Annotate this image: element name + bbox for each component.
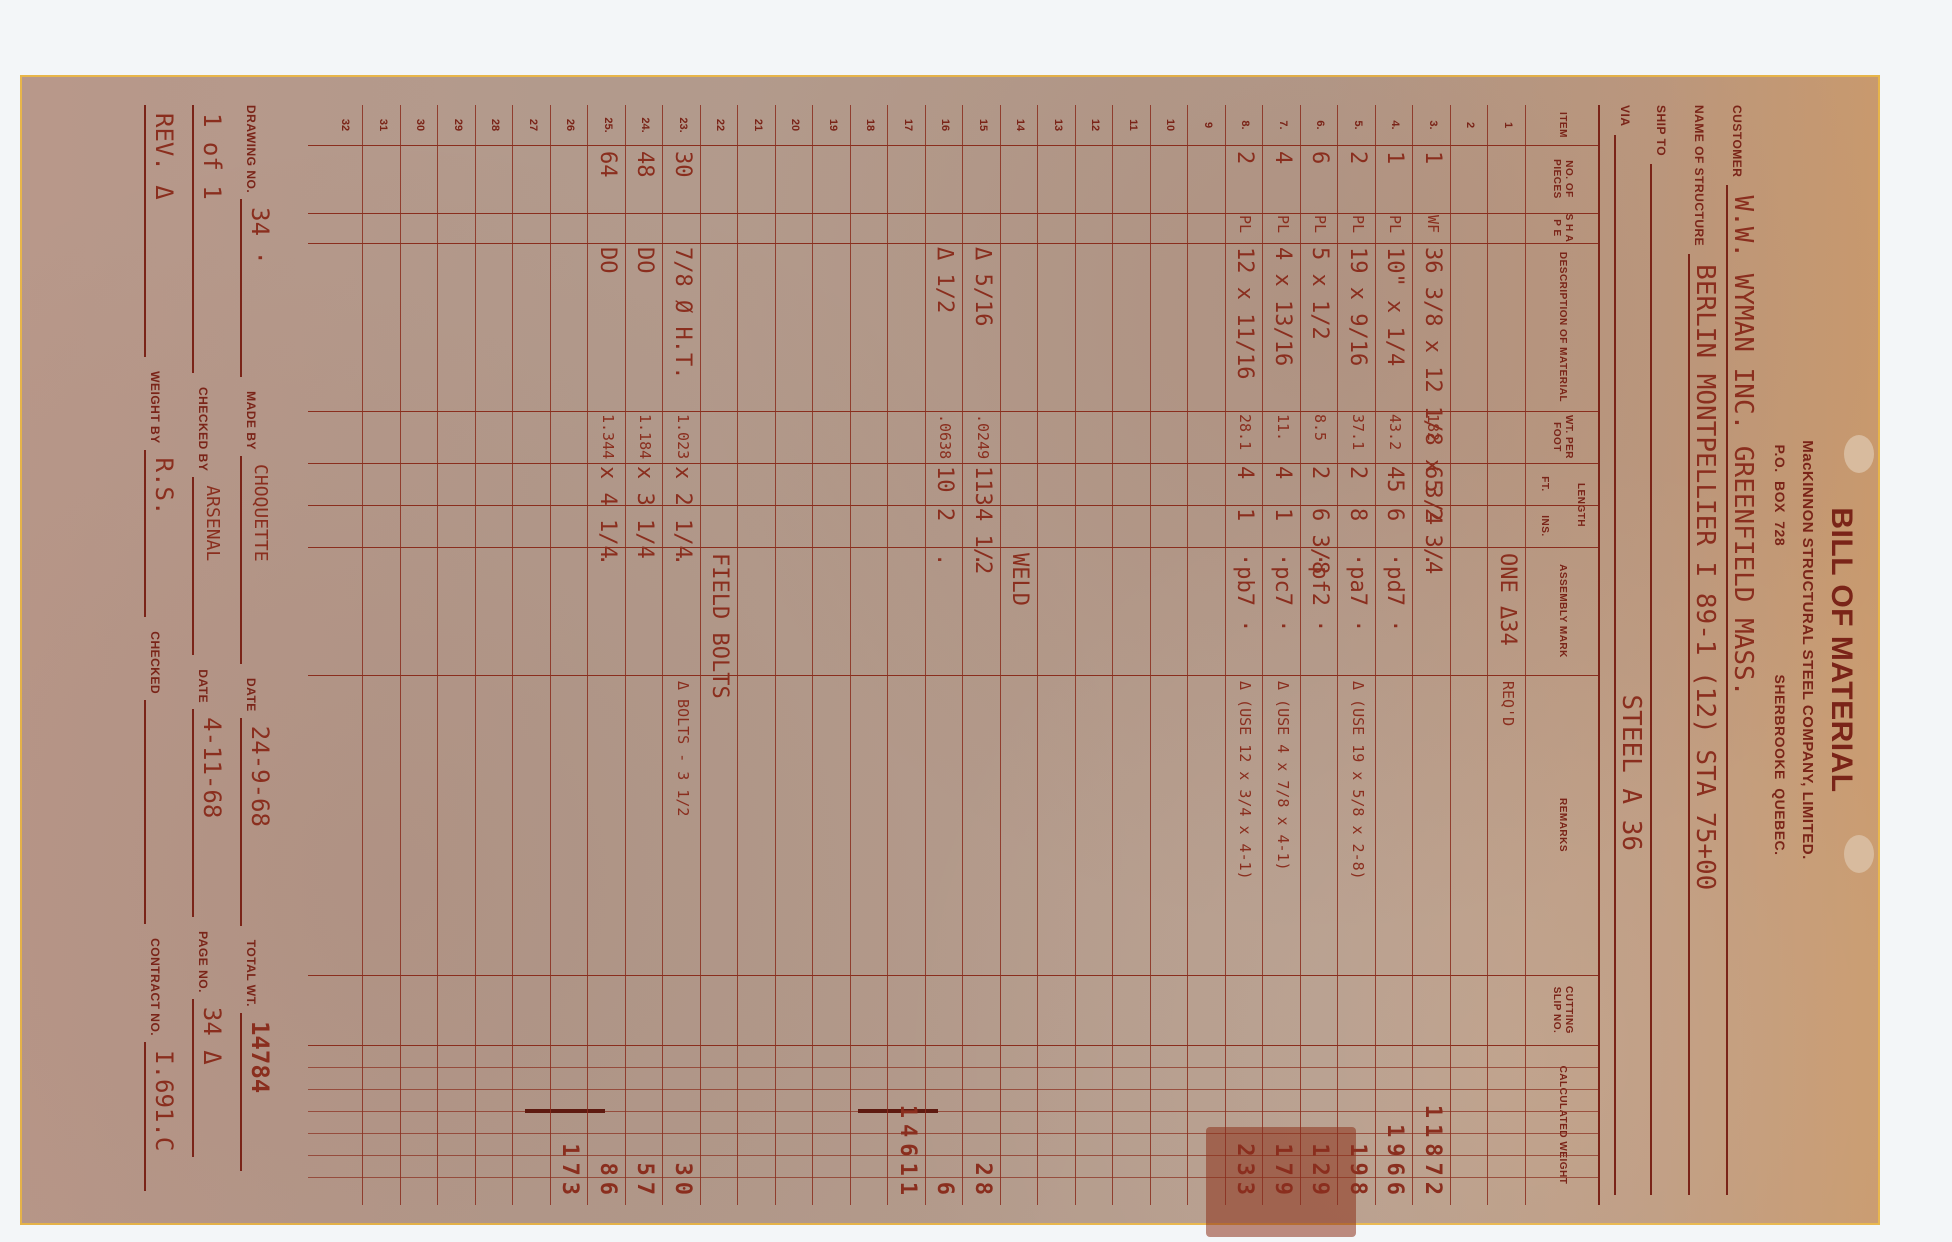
drawing-no-label: DRAWING NO. [240,105,258,193]
cell-shape [1489,215,1526,243]
cell-shape [327,215,364,243]
via-row: VIA STEEL A 36 [1614,105,1648,1195]
cell-shape [1152,215,1189,243]
cell-ins [777,508,814,548]
cell-ft: x 4 1/4 [589,466,626,506]
cell-mark [402,553,439,673]
cell-ins [889,508,926,548]
cell-ft [1152,466,1189,506]
cell-mark [514,553,551,673]
weight-by-field[interactable]: R.S. [144,450,182,618]
cell-wt [477,414,514,464]
cell-ft [739,466,776,506]
cell-shape [364,215,401,243]
cell-pieces: 2 [1339,151,1376,211]
table-row: 30 [402,105,439,1205]
checked-field[interactable] [144,700,182,924]
company-name: MacKINNON STRUCTURAL STEEL COMPANY, LIMI… [1799,75,1816,1225]
via-field[interactable]: STEEL A 36 [1614,135,1646,1195]
cell-wt [327,414,364,464]
structure-row: NAME OF STRUCTURE BERLIN MONTPELLIER I 8… [1688,105,1722,1195]
cell-pieces [552,151,589,211]
cell-weight [702,1051,739,1207]
table-row: 26173 [552,105,589,1205]
item-number: 5. [1339,105,1376,145]
cell-remarks: Δ (USE 19 x 5/8 x 2-8) [1339,681,1376,971]
table-row: 19 [814,105,851,1205]
cell-pieces [1189,151,1226,211]
cell-ft [477,466,514,506]
cell-mark [364,553,401,673]
cell-pieces [477,151,514,211]
cell-remarks [477,681,514,971]
col-header-wt-per-foot: WT. PER FOOT [1526,411,1598,464]
cell-ins [439,508,476,548]
table-row: 18 [852,105,889,1205]
cell-mark [439,553,476,673]
cell-remarks [852,681,889,971]
cell-pieces: 4 [1264,151,1301,211]
cell-wt [552,414,589,464]
cell-pieces [439,151,476,211]
cell-description: DO [589,247,626,411]
cell-ins [402,508,439,548]
cell-shape [702,215,739,243]
cell-description: 10" x 1/4 [1377,247,1414,411]
cell-pieces [327,151,364,211]
contract-no-field[interactable]: I.691.C [144,1042,182,1191]
cell-description [739,247,776,411]
cell-description: 19 x 9/16 [1339,247,1376,411]
cell-shape: PL [1264,215,1301,243]
cell-wt [852,414,889,464]
table-row: 21 [739,105,776,1205]
table-row: 12 [1077,105,1114,1205]
table-row: 24.48DO1.184x 3 1/457 [627,105,664,1205]
structure-field[interactable]: BERLIN MONTPELLIER I 89-1 (12) STA 75+00 [1688,254,1720,1195]
cell-description [777,247,814,411]
drawing-no-field[interactable]: 34 · [240,199,278,377]
table-row: 22FIELD BOLTS [702,105,739,1205]
cell-shape: PL [1227,215,1264,243]
cell-remarks [1189,681,1226,971]
item-number: 22 [702,105,739,145]
item-number: 20 [777,105,814,145]
item-number: 11 [1114,105,1151,145]
cell-pieces [1002,151,1039,211]
cell-shape: PL [1339,215,1376,243]
cell-mark [739,553,776,673]
item-number: 1 [1489,105,1526,145]
cell-shape [852,215,889,243]
footer-row-3: REV. Δ WEIGHT BY R.S. CHECKED CONTRACT N… [144,105,184,1205]
table-row: 1714611 [889,105,926,1205]
col-header-cutting-slip: CUTTING SLIP NO. [1526,975,1598,1046]
cell-weight [1077,1051,1114,1207]
cell-weight [1114,1051,1151,1207]
cell-remarks [514,681,551,971]
cell-mark [477,553,514,673]
cell-wt [439,414,476,464]
footer-row-1: DRAWING NO. 34 · MADE BY CHOQUETTE DATE … [240,105,280,1205]
cell-ins [1189,508,1226,548]
cell-description: 7/8 Ø H.T. [664,247,701,411]
cell-ft: 45 [1377,466,1414,506]
checked-label: CHECKED [144,631,162,694]
cell-remarks [1114,681,1151,971]
cell-ft [439,466,476,506]
cell-mark: ONE Δ34 [1489,553,1526,673]
cell-shape [739,215,776,243]
cell-description [1002,247,1039,411]
city: SHERBROOKE QUEBEC. [1772,675,1788,856]
cell-pieces [814,151,851,211]
cell-ins: 1 [1227,508,1264,548]
table-row: 27 [514,105,551,1205]
cell-mark: FIELD BOLTS [702,553,739,673]
cell-ins: 8 [1339,508,1376,548]
cell-ins [814,508,851,548]
cell-remarks [964,681,1001,971]
cell-ft: 4 [1227,466,1264,506]
cell-ins [1039,508,1076,548]
cell-ft [889,466,926,506]
cell-pieces: 1 [1377,151,1414,211]
table-row: 13 [1039,105,1076,1205]
cell-mark: . [664,553,701,673]
cell-remarks [814,681,851,971]
col-header-item: ITEM [1526,105,1598,146]
cell-ft: 113 [964,466,1001,506]
page-no-label: PAGE NO. [192,931,210,993]
date2-field[interactable]: 4-11-68 [192,709,230,917]
made-by-label: MADE BY [240,391,258,450]
cell-weight [1452,1051,1489,1207]
cell-mark: ·pd7 · [1377,553,1414,673]
cell-wt: 1.184 [627,414,664,464]
cell-ins [664,508,701,548]
cell-shape [814,215,851,243]
cell-remarks [327,681,364,971]
cell-shape [964,215,1001,243]
cell-wt: 11. [1264,414,1301,464]
cell-ft [1189,466,1226,506]
cell-pieces [1114,151,1151,211]
cell-mark [1039,553,1076,673]
cell-weight: 179 [1264,1051,1301,1207]
cell-ins: 1 [1264,508,1301,548]
table-row: 32 [327,105,364,1205]
cell-mark [777,553,814,673]
cell-description: 4 x 13/16 [1264,247,1301,411]
table-row: 1ONE Δ34REQ'D [1489,105,1526,1205]
cell-weight [1039,1051,1076,1207]
document-title: BILL OF MATERIAL [1824,75,1858,1225]
cell-remarks: Δ (USE 4 x 7/8 x 4-1) [1264,681,1301,971]
item-number: 9 [1189,105,1226,145]
table-row: 3.1WF36 3/8 x 12 1/8 x 3/4182652 3/4.118… [1414,105,1451,1205]
col-header-shape: S H A P E [1526,213,1598,244]
cell-shape [402,215,439,243]
sheet-count-field[interactable]: 1 of 1 [192,105,230,373]
cell-pieces: 6 [1302,151,1339,211]
cell-mark [627,553,664,673]
col-header-description: DESCRIPTION OF MATERIAL [1526,243,1598,412]
made-by-field[interactable]: CHOQUETTE [240,456,278,664]
checked-by-field[interactable]: ARSENAL [192,477,230,655]
cell-description [1039,247,1076,411]
cell-weight: 129 [1302,1051,1339,1207]
item-number: 3. [1414,105,1451,145]
cell-ft: 4 [1264,466,1301,506]
cell-ft: x 3 1/4 [627,466,664,506]
cell-mark [1152,553,1189,673]
cell-ft: 10 [927,466,964,506]
cell-mark: WELD [1002,553,1039,673]
cell-shape [1002,215,1039,243]
cell-ins [702,508,739,548]
cell-wt [1152,414,1189,464]
item-number: 12 [1077,105,1114,145]
cell-wt [702,414,739,464]
table-row: 2 [1452,105,1489,1205]
item-number: 32 [327,105,364,145]
cell-weight: 198 [1339,1051,1376,1207]
table-row: 5.2PL19 x 9/1637.128·pa7 ·Δ (USE 19 x 5/… [1339,105,1376,1205]
cell-wt [1002,414,1039,464]
table-row: 20 [777,105,814,1205]
cell-ins [627,508,664,548]
cell-description [814,247,851,411]
cell-remarks [552,681,589,971]
footer: DRAWING NO. 34 · MADE BY CHOQUETTE DATE … [40,105,280,1205]
cell-description: DO [627,247,664,411]
cell-ft [1039,466,1076,506]
customer-row: CUSTOMER W.W. WYMAN INC. GREENFIELD MASS… [1726,105,1760,1195]
cell-remarks: Δ (USE 12 x 3/4 x 4-1) [1227,681,1264,971]
cell-wt: .0638 [927,414,964,464]
cell-ins: 2 [927,508,964,548]
cell-mark: . [964,553,1001,673]
cell-ft [1002,466,1039,506]
table-row: 29 [439,105,476,1205]
contract-no-label: CONTRACT NO. [144,938,162,1036]
cell-pieces [852,151,889,211]
checked-by-label: CHECKED BY [192,387,210,471]
cell-wt [1114,414,1151,464]
cell-shape [889,215,926,243]
cell-wt [1189,414,1226,464]
cell-remarks: REQ'D [1489,681,1526,971]
cell-ins [589,508,626,548]
cell-ft [852,466,889,506]
date1-field[interactable]: 24-9-68 [240,718,278,926]
cell-remarks [364,681,401,971]
cell-mark [852,553,889,673]
table-row: 9 [1189,105,1226,1205]
total-wt-label: TOTAL WT. [240,940,258,1007]
cell-ins: 6 3/8 [1302,508,1339,548]
cell-mark: ·pb7 · [1227,553,1264,673]
cell-ft [552,466,589,506]
cell-description [402,247,439,411]
cell-description [439,247,476,411]
cell-pieces [702,151,739,211]
customer-label: CUSTOMER [1726,105,1744,177]
cell-shape [514,215,551,243]
cell-description [1489,247,1526,411]
cell-remarks: Δ BOLTS - 3 1/2 [664,681,701,971]
item-number: 31 [364,105,401,145]
cell-ins [739,508,776,548]
cell-ft: 2 [1302,466,1339,506]
cell-weight: 14611 [889,1051,926,1207]
cell-pieces [402,151,439,211]
cell-ins [552,508,589,548]
cell-shape [477,215,514,243]
customer-field[interactable]: W.W. WYMAN INC. GREENFIELD MASS. [1726,185,1758,1195]
cell-ins [852,508,889,548]
cell-weight [777,1051,814,1207]
cell-remarks [1152,681,1189,971]
cell-ft [1452,466,1489,506]
cell-remarks [777,681,814,971]
revision-field[interactable]: REV. Δ [144,105,182,357]
material-table: ITEM NO. OF PIECES S H A P E DESCRIPTION… [308,105,1600,1205]
table-row: 31 [364,105,401,1205]
cell-remarks [1077,681,1114,971]
cell-remarks [1039,681,1076,971]
cell-weight [327,1051,364,1207]
cell-pieces: 1 [1414,151,1451,211]
cell-shape: PL [1377,215,1414,243]
cell-weight [477,1051,514,1207]
cell-mark: ·pa7 · [1339,553,1376,673]
cell-wt [1489,414,1526,464]
cell-wt: 1.344 [589,414,626,464]
cell-description: 36 3/8 x 12 1/8 x 3/4 [1414,247,1451,411]
cell-ft [777,466,814,506]
cell-shape: WF [1414,215,1451,243]
col-header-ins: INS. [1526,505,1562,548]
cell-weight: 173 [552,1051,589,1207]
cell-remarks [589,681,626,971]
cell-ins [1452,508,1489,548]
cell-description [1114,247,1151,411]
cell-ft [514,466,551,506]
item-number: 4. [1377,105,1414,145]
cell-ins [1077,508,1114,548]
cell-mark [1189,553,1226,673]
cell-weight [1002,1051,1039,1207]
via-label: VIA [1614,105,1632,127]
cell-ft [364,466,401,506]
cell-mark: ·pc7 · [1264,553,1301,673]
cell-wt [814,414,851,464]
cell-shape [552,215,589,243]
table-row: 25.64DO1.344x 4 1/4.86 [589,105,626,1205]
cell-remarks [927,681,964,971]
cell-mark: . [1414,553,1451,673]
cell-description [1189,247,1226,411]
cell-wt: 8.5 [1302,414,1339,464]
cell-description: Δ 1/2 [927,247,964,411]
cell-remarks [627,681,664,971]
item-number: 10 [1152,105,1189,145]
item-number: 26 [552,105,589,145]
cell-ins [327,508,364,548]
weight-by-label: WEIGHT BY [144,371,162,444]
cell-remarks [402,681,439,971]
cell-ins: 6 [1377,508,1414,548]
table-row: 11 [1114,105,1151,1205]
cell-mark [889,553,926,673]
cell-pieces [964,151,1001,211]
cell-description: 12 x 11/16 [1227,247,1264,411]
cell-pieces [889,151,926,211]
cell-shape [1077,215,1114,243]
po-box: P.O. BOX 728 [1772,444,1788,546]
item-number: 7. [1264,105,1301,145]
ship-to-field[interactable] [1650,164,1682,1195]
cell-description [327,247,364,411]
cell-weight [439,1051,476,1207]
cell-description [1152,247,1189,411]
cell-shape [1039,215,1076,243]
cell-remarks [1302,681,1339,971]
cell-weight: 6 [927,1051,964,1207]
cell-weight [514,1051,551,1207]
cell-description [1452,247,1489,411]
cell-ins [1489,508,1526,548]
item-number: 13 [1039,105,1076,145]
page-no-field[interactable]: 34 Δ [192,999,230,1157]
table-row: 4.1PL10" x 1/443.2456·pd7 ·1966 [1377,105,1414,1205]
cell-remarks [1452,681,1489,971]
bill-of-material-sheet: BILL OF MATERIAL MacKINNON STRUCTURAL ST… [20,75,1880,1225]
table-row: 16Δ 1/2.0638102.6 [927,105,964,1205]
table-row: 28 [477,105,514,1205]
cell-shape [589,215,626,243]
item-number: 27 [514,105,551,145]
item-number: 23. [664,105,701,145]
cell-weight: 233 [1227,1051,1264,1207]
cell-weight [364,1051,401,1207]
item-number: 21 [739,105,776,145]
cell-wt [1077,414,1114,464]
col-header-assembly-mark: ASSEMBLY MARK [1526,547,1598,676]
item-number: 6. [1302,105,1339,145]
cell-mark [1452,553,1489,673]
cell-description [852,247,889,411]
cell-remarks [1414,681,1451,971]
total-wt-field[interactable]: 14784 [240,1013,278,1171]
cell-pieces [1152,151,1189,211]
cell-ft: 65 [1414,466,1451,506]
cell-ft [327,466,364,506]
cell-weight [402,1051,439,1207]
item-number: 17 [889,105,926,145]
cell-remarks [1002,681,1039,971]
cell-pieces: 64 [589,151,626,211]
cell-wt: 43.2 [1377,414,1414,464]
cell-shape [627,215,664,243]
cell-wt: 182 [1414,414,1451,464]
item-number: 18 [852,105,889,145]
cell-weight: 28 [964,1051,1001,1207]
cell-ins [1002,508,1039,548]
cell-description: 5 x 1/2 [1302,247,1339,411]
